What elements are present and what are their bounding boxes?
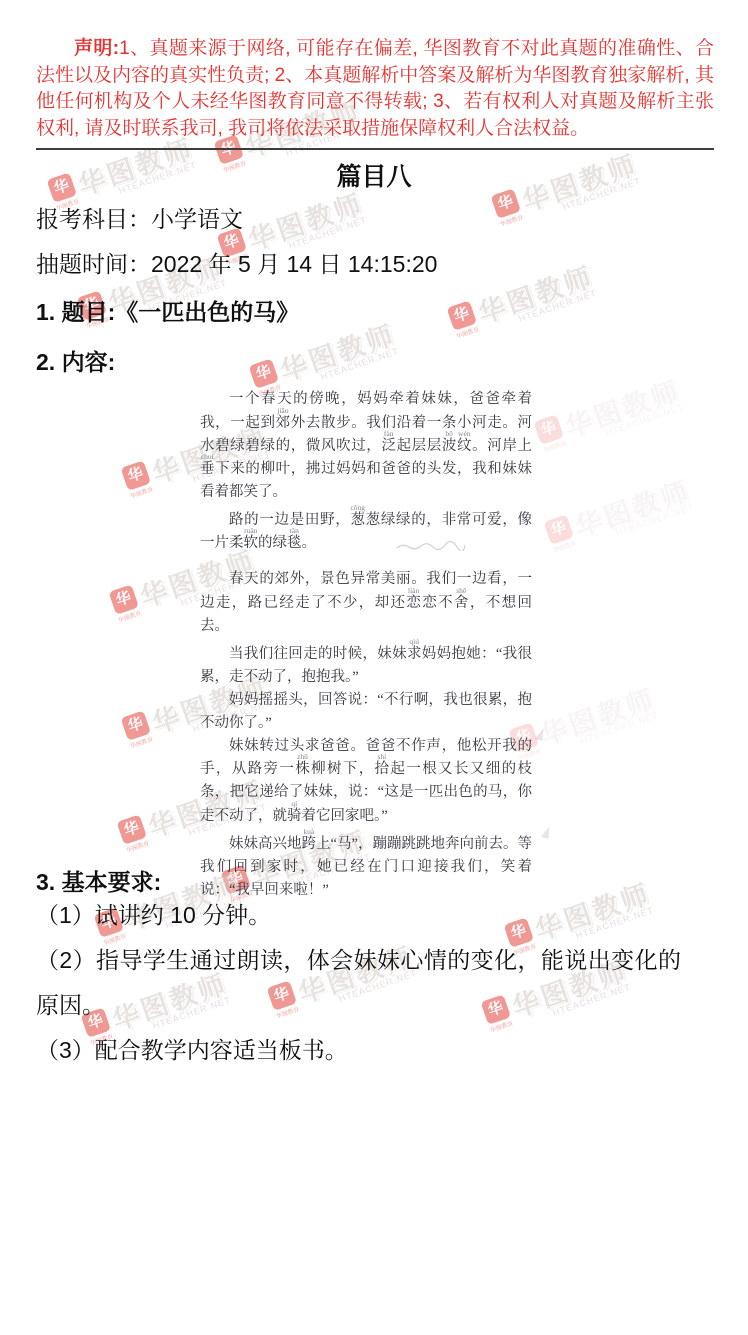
huatu-logo-icon: 华华图教育 bbox=[447, 300, 481, 340]
page-title: 篇目八 bbox=[0, 157, 748, 193]
disclaimer-text: 声明:1、真题来源于网络, 可能存在偏差, 华图教育不对此真题的准确性、合法性以… bbox=[36, 36, 714, 142]
watermark-text: 华图教师HTEACHER.NET bbox=[559, 369, 687, 450]
disclaimer-body: 1、真题来源于网络, 可能存在偏差, 华图教育不对此真题的准确性、合法性以及内容… bbox=[36, 38, 714, 139]
watermark-text: 华图教师HTEACHER.NET bbox=[534, 677, 662, 758]
passage-paragraph: 当我们往回走的时候，妹妹求qiú妈妈抱她：“我很累，走不动了，抱抱我。” bbox=[200, 638, 532, 689]
question-title-line: 1. 题目:《一匹出色的马》 bbox=[36, 294, 299, 327]
huatu-logo-icon: 华华图教育 bbox=[121, 460, 155, 500]
passage-paragraph: 妈妈摇摇头，回答说：“不行啊，我也很累，抱不动你了。” bbox=[200, 689, 532, 735]
subject-value: 小学语文 bbox=[151, 206, 243, 232]
content-section-label: 2. 内容: bbox=[36, 344, 115, 377]
scan-artifact-mark bbox=[535, 727, 546, 741]
huatu-watermark: 华华图教育华图教师HTEACHER.NET bbox=[542, 469, 697, 559]
handwritten-scribble-mark bbox=[395, 541, 467, 551]
passage-paragraph: 妹妹转过头求爸爸。爸爸不作声，他松开我的手，从路旁一株zhū柳树下，拾shí起一… bbox=[200, 735, 532, 829]
divider-line bbox=[36, 148, 714, 150]
huatu-logo-icon: 华华图教育 bbox=[117, 814, 151, 854]
passage-content: 一个春天的傍晚，妈妈牵着妹妹，爸爸牵着我，一起到郊jiāo外去散步。我们沿着一条… bbox=[200, 388, 532, 902]
passage-paragraph: 路的一边是田野，葱cōng葱绿绿的，非常可爱，像一片柔软ruǎn的绿毯tǎn。 bbox=[200, 504, 532, 555]
draw-time-line: 抽题时间：2022 年 5 月 14 日 14:15:20 bbox=[36, 246, 437, 279]
requirement-item: （2）指导学生通过朗读，体会妹妹心情的变化，能说出变化的原因。 bbox=[36, 938, 681, 1028]
subject-line: 报考科目：小学语文 bbox=[36, 201, 243, 234]
requirements-list: （1）试讲约 10 分钟。（2）指导学生通过朗读，体会妹妹心情的变化，能说出变化… bbox=[36, 893, 681, 1073]
huatu-logo-icon: 华华图教育 bbox=[121, 710, 155, 750]
passage-paragraph: 一个春天的傍晚，妈妈牵着妹妹，爸爸牵着我，一起到郊jiāo外去散步。我们沿着一条… bbox=[200, 388, 532, 504]
draw-time-value: 2022 年 5 月 14 日 14:15:20 bbox=[151, 251, 437, 277]
disclaimer-label: 声明: bbox=[74, 38, 119, 59]
watermark-text: 华图教师HTEACHER.NET bbox=[472, 255, 600, 336]
requirement-item: （1）试讲约 10 分钟。 bbox=[36, 893, 681, 938]
huatu-watermark: 华华图教育华图教师HTEACHER.NET bbox=[445, 255, 600, 345]
scan-artifact-mark bbox=[541, 825, 552, 839]
subject-label: 报考科目： bbox=[36, 206, 151, 232]
huatu-logo-icon: 华华图教育 bbox=[534, 414, 568, 454]
huatu-logo-icon: 华华图教育 bbox=[109, 584, 143, 624]
passage-paragraph: 妹妹高兴地跨kuà上“马”，蹦蹦跳跳地奔向前去。等我们回到家时，她已经在门口迎接… bbox=[200, 828, 532, 902]
exam-document-page: 华华图教育华图教师HTEACHER.NET华华图教育华图教师HTEACHER.N… bbox=[0, 0, 748, 1335]
huatu-watermark: 华华图教育华图教师HTEACHER.NET bbox=[532, 369, 687, 459]
draw-time-label: 抽题时间： bbox=[36, 251, 151, 277]
requirement-item: （3）配合教学内容适当板书。 bbox=[36, 1028, 681, 1073]
passage-paragraph: 春天的郊外，景色异常美丽。我们一边看，一边走，路已经走了不少，却还恋liàn恋不… bbox=[200, 568, 532, 638]
huatu-logo-icon: 华华图教育 bbox=[491, 188, 525, 228]
watermark-text: 华图教师HTEACHER.NET bbox=[569, 469, 697, 550]
huatu-logo-icon: 华华图教育 bbox=[544, 514, 578, 554]
